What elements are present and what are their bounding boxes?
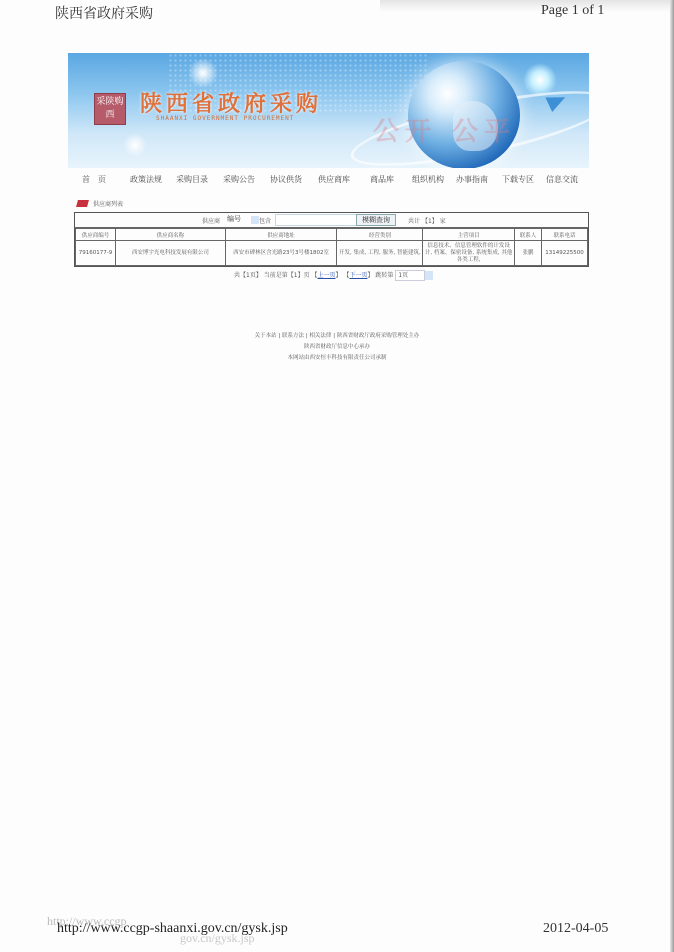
total-count: 共计 【1】 家 bbox=[408, 216, 446, 225]
site-logo-seal: 采 陕 购 西 bbox=[94, 93, 126, 125]
page-jump-button[interactable] bbox=[425, 271, 433, 280]
supplier-name-cell[interactable]: 西安博宇光电科技发展有限公司 bbox=[115, 241, 225, 266]
prev-page-link[interactable]: 上一页 bbox=[318, 272, 336, 279]
footer-sponsor: 陕西省财政厅政府采购管理处主办 bbox=[337, 333, 420, 339]
nav-item-catalog[interactable]: 采购目录 bbox=[176, 174, 208, 185]
site-subtitle: SHAANXI GOVERNMENT PROCUREMENT bbox=[156, 115, 294, 122]
footer-link-contact[interactable]: 联系方法 bbox=[282, 333, 304, 339]
contact-phone-cell: 13149225500 bbox=[541, 241, 587, 266]
seal-char: 陕 bbox=[105, 96, 114, 109]
contact-person-cell: 张鹏 bbox=[515, 241, 542, 266]
nav-item-agreement-supply[interactable]: 协议供货 bbox=[270, 174, 302, 185]
section-heading-text: 供应商列表 bbox=[93, 199, 123, 208]
business-category-cell: 开发, 集成, 工程, 服务, 智能建筑, bbox=[337, 241, 423, 266]
scan-shadow bbox=[380, 0, 674, 12]
column-header: 供应商地址 bbox=[225, 229, 337, 241]
footer-separator: | bbox=[278, 333, 280, 339]
search-bar: 供应商 编号 包含 模糊查询 共计 【1】 家 bbox=[75, 213, 588, 228]
main-projects-cell: 信息技术、信息管理软件的计发设计, 档案、保密设备, 系统集成, 其他各类工程, bbox=[423, 241, 515, 266]
main-nav: 首 页 政策法规 采购目录 采购公告 协议供货 供应商库 商品库 组织机构 办事… bbox=[68, 170, 589, 190]
nav-item-home[interactable]: 首 页 bbox=[82, 174, 106, 185]
banner-light-icon bbox=[188, 58, 218, 88]
supplier-list-panel: 供应商 编号 包含 模糊查询 共计 【1】 家 供应商编号 供应商名称 供应商地… bbox=[74, 212, 589, 267]
jump-label: 跳转第 bbox=[375, 272, 393, 279]
seal-char: 采 bbox=[96, 96, 105, 109]
column-header: 联系人 bbox=[515, 229, 542, 241]
supplier-table: 供应商编号 供应商名称 供应商地址 经营类别 主营项目 联系人 联系电话 791… bbox=[75, 228, 588, 266]
footer-organizer: 陕西省财政厅信息中心承办 bbox=[0, 342, 674, 350]
footer-link-about[interactable]: 关于本站 bbox=[255, 333, 277, 339]
search-field-select[interactable]: 编号 bbox=[227, 214, 255, 225]
page-jump-input[interactable]: 1页 bbox=[395, 270, 425, 281]
nav-item-exchange[interactable]: 信息交流 bbox=[546, 174, 578, 185]
search-field-selected-value: 编号 bbox=[227, 215, 241, 223]
pagination: 共【1页】 当前是第【1】页 【上一页】 【下一页】 跳转第 1页 bbox=[234, 270, 433, 281]
total-pages: 共【1页】 bbox=[234, 272, 262, 279]
print-footer-url: http://www.ccgp-shaanxi.gov.cn/gysk.jsp bbox=[57, 921, 288, 937]
column-header: 供应商编号 bbox=[76, 229, 116, 241]
print-header-title: 陕西省政府采购 bbox=[55, 3, 153, 23]
next-page-link[interactable]: 下一页 bbox=[349, 272, 367, 279]
footer-separator: | bbox=[306, 333, 308, 339]
total-count-value: 【1】 bbox=[422, 218, 438, 225]
site-title: 陕西省政府采购 bbox=[140, 87, 322, 118]
nav-item-policies[interactable]: 政策法规 bbox=[130, 174, 162, 185]
nav-item-product-library[interactable]: 商品库 bbox=[370, 174, 394, 185]
total-count-suffix: 家 bbox=[440, 218, 446, 225]
footer-link-laws[interactable]: 相关法律 bbox=[309, 333, 331, 339]
keyword-input[interactable] bbox=[275, 214, 357, 226]
nav-item-supplier-library[interactable]: 供应商库 bbox=[318, 174, 350, 185]
dropdown-arrow-icon[interactable] bbox=[251, 216, 259, 224]
nav-item-announcements[interactable]: 采购公告 bbox=[223, 174, 255, 185]
banner-light-icon bbox=[123, 133, 147, 157]
seal-char: 西 bbox=[105, 109, 114, 122]
site-banner: 公开 公平 采 陕 购 西 陕西省政府采购 SHAANXI GOVERNMENT… bbox=[68, 53, 589, 168]
footer-separator: | bbox=[333, 333, 335, 339]
table-row[interactable]: 79160177-9 西安博宇光电科技发展有限公司 西安市碑林区含光路23号3号… bbox=[76, 241, 588, 266]
column-header: 联系电话 bbox=[541, 229, 587, 241]
scan-page-edge bbox=[670, 0, 674, 952]
banner-watermark: 公开 公平 bbox=[373, 111, 516, 148]
footer-links: 关于本站 | 联系方法 | 相关法律 | 陕西省财政厅政府采购管理处主办 bbox=[0, 331, 674, 339]
column-header: 主营项目 bbox=[423, 229, 515, 241]
fuzzy-search-button[interactable]: 模糊查询 bbox=[356, 214, 396, 226]
column-header: 经营类别 bbox=[337, 229, 423, 241]
supplier-address-cell: 西安市碑林区含光路23号3号楼1802室 bbox=[225, 241, 337, 266]
column-header: 供应商名称 bbox=[115, 229, 225, 241]
supplier-id-cell: 79160177-9 bbox=[76, 241, 116, 266]
seal-char: 购 bbox=[115, 96, 124, 109]
table-header-row: 供应商编号 供应商名称 供应商地址 经营类别 主营项目 联系人 联系电话 bbox=[76, 229, 588, 241]
nav-item-downloads[interactable]: 下载专区 bbox=[502, 174, 534, 185]
current-page: 当前是第【1】页 bbox=[264, 272, 310, 279]
nav-item-organization[interactable]: 组织机构 bbox=[412, 174, 444, 185]
section-heading: 供应商列表 bbox=[77, 199, 123, 208]
total-count-prefix: 共计 bbox=[408, 218, 420, 225]
contains-label: 包含 bbox=[259, 216, 271, 225]
print-header-page-number: Page 1 of 1 bbox=[541, 3, 604, 19]
nav-item-guide[interactable]: 办事指南 bbox=[456, 174, 488, 185]
footer-developer: 本网站由西安恒丰科技有限责任公司承制 bbox=[0, 353, 674, 361]
flag-icon bbox=[76, 200, 89, 207]
print-footer-date: 2012-04-05 bbox=[543, 921, 608, 937]
supplier-label: 供应商 bbox=[202, 216, 220, 225]
